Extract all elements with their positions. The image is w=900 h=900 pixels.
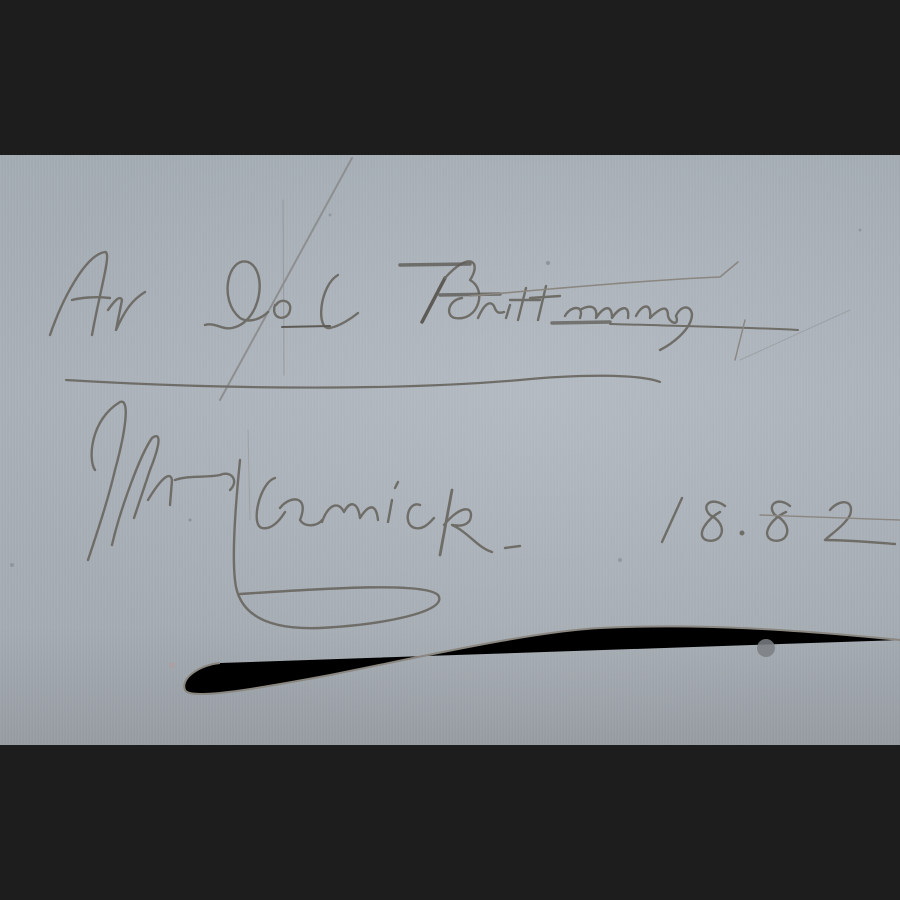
letterbox-bottom	[0, 745, 900, 900]
signature-dash	[505, 546, 520, 548]
underline-line1	[66, 376, 660, 388]
ink-blot	[757, 639, 775, 657]
pencil-vertical-mark	[248, 430, 250, 520]
text-dol	[205, 261, 358, 328]
text-year-1882	[662, 498, 900, 544]
letterbox-top	[0, 0, 900, 155]
signature-flourish	[184, 626, 900, 694]
pencil-stroke-right	[740, 310, 850, 360]
canvas-back: At Dol Brittany J McCarrick 1882	[0, 155, 900, 745]
inscription-drawing	[0, 155, 900, 745]
pencil-vertical-line	[283, 200, 284, 375]
text-at	[50, 252, 145, 335]
text-signature-j-mccarrick	[88, 402, 492, 629]
text-brittany	[422, 261, 692, 350]
strikethrough-lines	[400, 262, 798, 360]
